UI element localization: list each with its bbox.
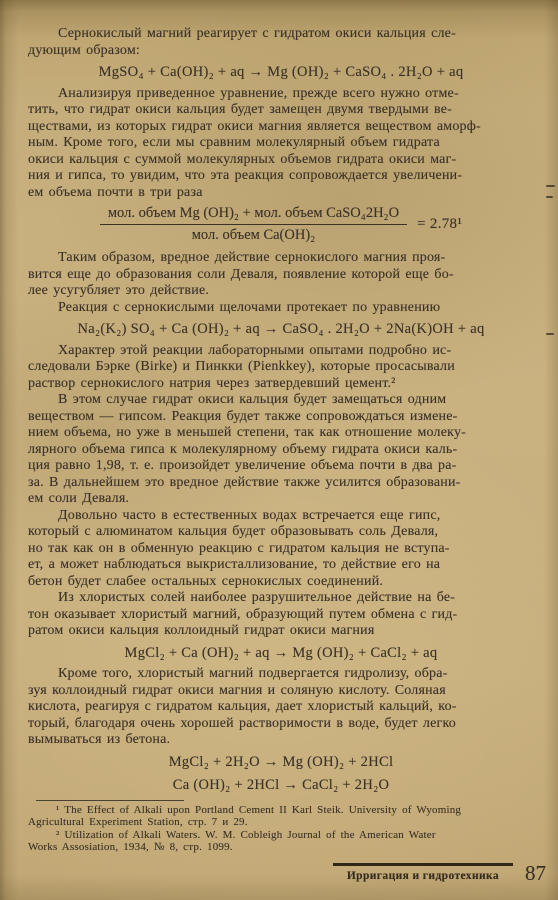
paragraph-2: Анализируя приведенное уравнение, прежде… [28,86,534,202]
fraction-result: = 2.78¹ [417,216,462,233]
footnote-2: ² Utilization of Alkali Waters. W. M. Co… [28,829,534,854]
paragraph-5: Характер этой реакции лабораторными опыт… [28,343,534,393]
paragraph-9: Кроме того, хлористый магний подвергаетс… [28,666,534,749]
paragraph-7: Довольно часто в естественных водах встр… [28,508,534,591]
chemical-equation-5: Ca (OH)₂ + 2HCl → CaCl₂ + 2H₂O [28,777,534,794]
scan-artifact [546,185,555,187]
chemical-equation-1: MgSO₄ + Ca(OH)₂ + aq → Mg (OH)₂ + CaSO₄ … [28,64,534,81]
molecular-volume-ratio-formula: мол. объем Mg (OH)₂ + мол. объем CaSO₄2H… [28,205,534,243]
page-number: 87 [525,863,546,884]
journal-name: Ирригация и гидротехника [333,863,513,882]
paragraph-3: Таким образом, вредное действие сернокис… [28,250,534,300]
fraction-numerator: мол. объем Mg (OH)₂ + мол. объем CaSO₄2H… [100,205,407,225]
fraction: мол. объем Mg (OH)₂ + мол. объем CaSO₄2H… [100,205,407,243]
chemical-equation-4: MgCl₂ + 2H₂O → Mg (OH)₂ + 2HCl [28,754,534,771]
page-content: Сернокислый магний реагирует с гидратом … [0,0,558,900]
paragraph-1: Сернокислый магний реагирует с гидратом … [28,26,534,59]
scan-artifact [546,333,554,335]
scanned-book-page: { "colors": { "paper": "#c4ac7b", "ink":… [0,0,558,900]
footnote-separator [36,800,184,801]
page-footer: Ирригация и гидротехника 87 [333,863,546,884]
paragraph-4: Реакция с сернокислыми щелочами протекае… [28,300,534,317]
paragraph-6: В этом случае гидрат окиси кальция будет… [28,392,534,508]
fraction-denominator: мол. объем Ca(OH)₂ [100,225,407,244]
chemical-equation-2: Na₂(K₂) SO₄ + Ca (OH)₂ + aq → CaSO₄ . 2H… [28,321,534,338]
scan-artifact [546,196,553,198]
footnote-1: ¹ The Effect of Alkali upon Portland Cem… [28,804,534,829]
chemical-equation-3: MgCl₂ + Ca (OH)₂ + aq → Mg (OH)₂ + CaCl₂… [28,645,534,662]
paragraph-8: Из хлористых солей наиболее разрушительн… [28,590,534,640]
